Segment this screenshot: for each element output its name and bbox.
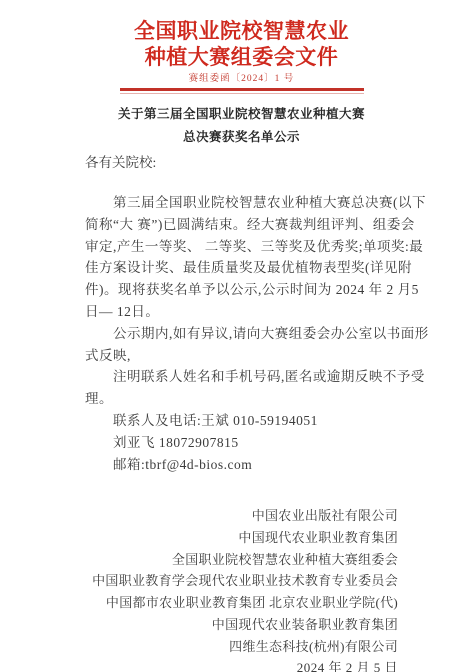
body-line: 佳方案设计奖、最佳质量奖及最优植物表型奖(详见附 bbox=[85, 257, 398, 279]
signature-line: 中国现代农业职业教育集团 bbox=[85, 527, 398, 549]
body-line: 公示期内,如有异议,请向大赛组委会办公室以书面形 bbox=[85, 323, 398, 345]
org-title-line2: 种植大赛组委会文件 bbox=[85, 44, 398, 70]
signature-line: 中国都市农业职业教育集团 北京农业职业学院(代) bbox=[85, 592, 398, 614]
body-line: 理。 bbox=[85, 388, 398, 410]
body-line: 邮箱:tbrf@4d-bios.com bbox=[85, 454, 398, 476]
body-line: 审定,产生一等奖、 二等奖、三等奖及优秀奖;单项奖:最 bbox=[85, 236, 398, 258]
date-line: 2024 年 2 月 5 日 bbox=[85, 657, 398, 672]
body-line: 式反映, bbox=[85, 345, 398, 367]
body-line: 件)。现将获奖名单予以公示,公示时间为 2024 年 2 月5 bbox=[85, 279, 398, 301]
signature-line: 中国农业出版社有限公司 bbox=[85, 505, 398, 527]
body-line: 注明联系人姓名和手机号码,匿名或逾期反映不予受 bbox=[85, 366, 398, 388]
body-line: 刘亚飞 18072907815 bbox=[85, 432, 398, 454]
red-divider-rule-light bbox=[120, 93, 364, 95]
salutation: 各有关院校: bbox=[85, 154, 398, 172]
body-line: 日— 12日。 bbox=[85, 301, 398, 323]
body-line: 第三届全国职业院校智慧农业种植大赛总决赛(以下 bbox=[85, 192, 398, 214]
document-title-line1: 关于第三届全国职业院校智慧农业种植大赛 bbox=[85, 103, 398, 126]
body-line: 简称“大 赛”)已圆满结束。经大赛裁判组评判、组委会 bbox=[85, 214, 398, 236]
document-title: 关于第三届全国职业院校智慧农业种植大赛 总决赛获奖名单公示 bbox=[85, 103, 398, 149]
signature-line: 中国现代农业装备职业教育集团 bbox=[85, 614, 398, 636]
org-title: 全国职业院校智慧农业 种植大赛组委会文件 bbox=[85, 18, 398, 70]
signature-line: 中国职业教育学会现代农业职业技术教育专业委员会 bbox=[85, 570, 398, 592]
body-text: 第三届全国职业院校智慧农业种植大赛总决赛(以下 简称“大 赛”)已圆满结束。经大… bbox=[85, 192, 398, 475]
body-line: 联系人及电话:王斌 010-59194051 bbox=[85, 410, 398, 432]
signature-block: 中国农业出版社有限公司 中国现代农业职业教育集团 全国职业院校智慧农业种植大赛组… bbox=[85, 505, 398, 657]
signature-line: 四维生态科技(杭州)有限公司 bbox=[85, 636, 398, 658]
red-divider-rule-dark bbox=[120, 88, 364, 91]
red-divider-rule bbox=[120, 88, 364, 94]
document-title-line2: 总决赛获奖名单公示 bbox=[85, 126, 398, 149]
signature-line: 全国职业院校智慧农业种植大赛组委会 bbox=[85, 549, 398, 571]
doc-number: 赛组委函〔2024〕1 号 bbox=[85, 73, 398, 85]
document-page: 全国职业院校智慧农业 种植大赛组委会文件 赛组委函〔2024〕1 号 关于第三届… bbox=[85, 0, 398, 672]
org-title-line1: 全国职业院校智慧农业 bbox=[85, 18, 398, 44]
